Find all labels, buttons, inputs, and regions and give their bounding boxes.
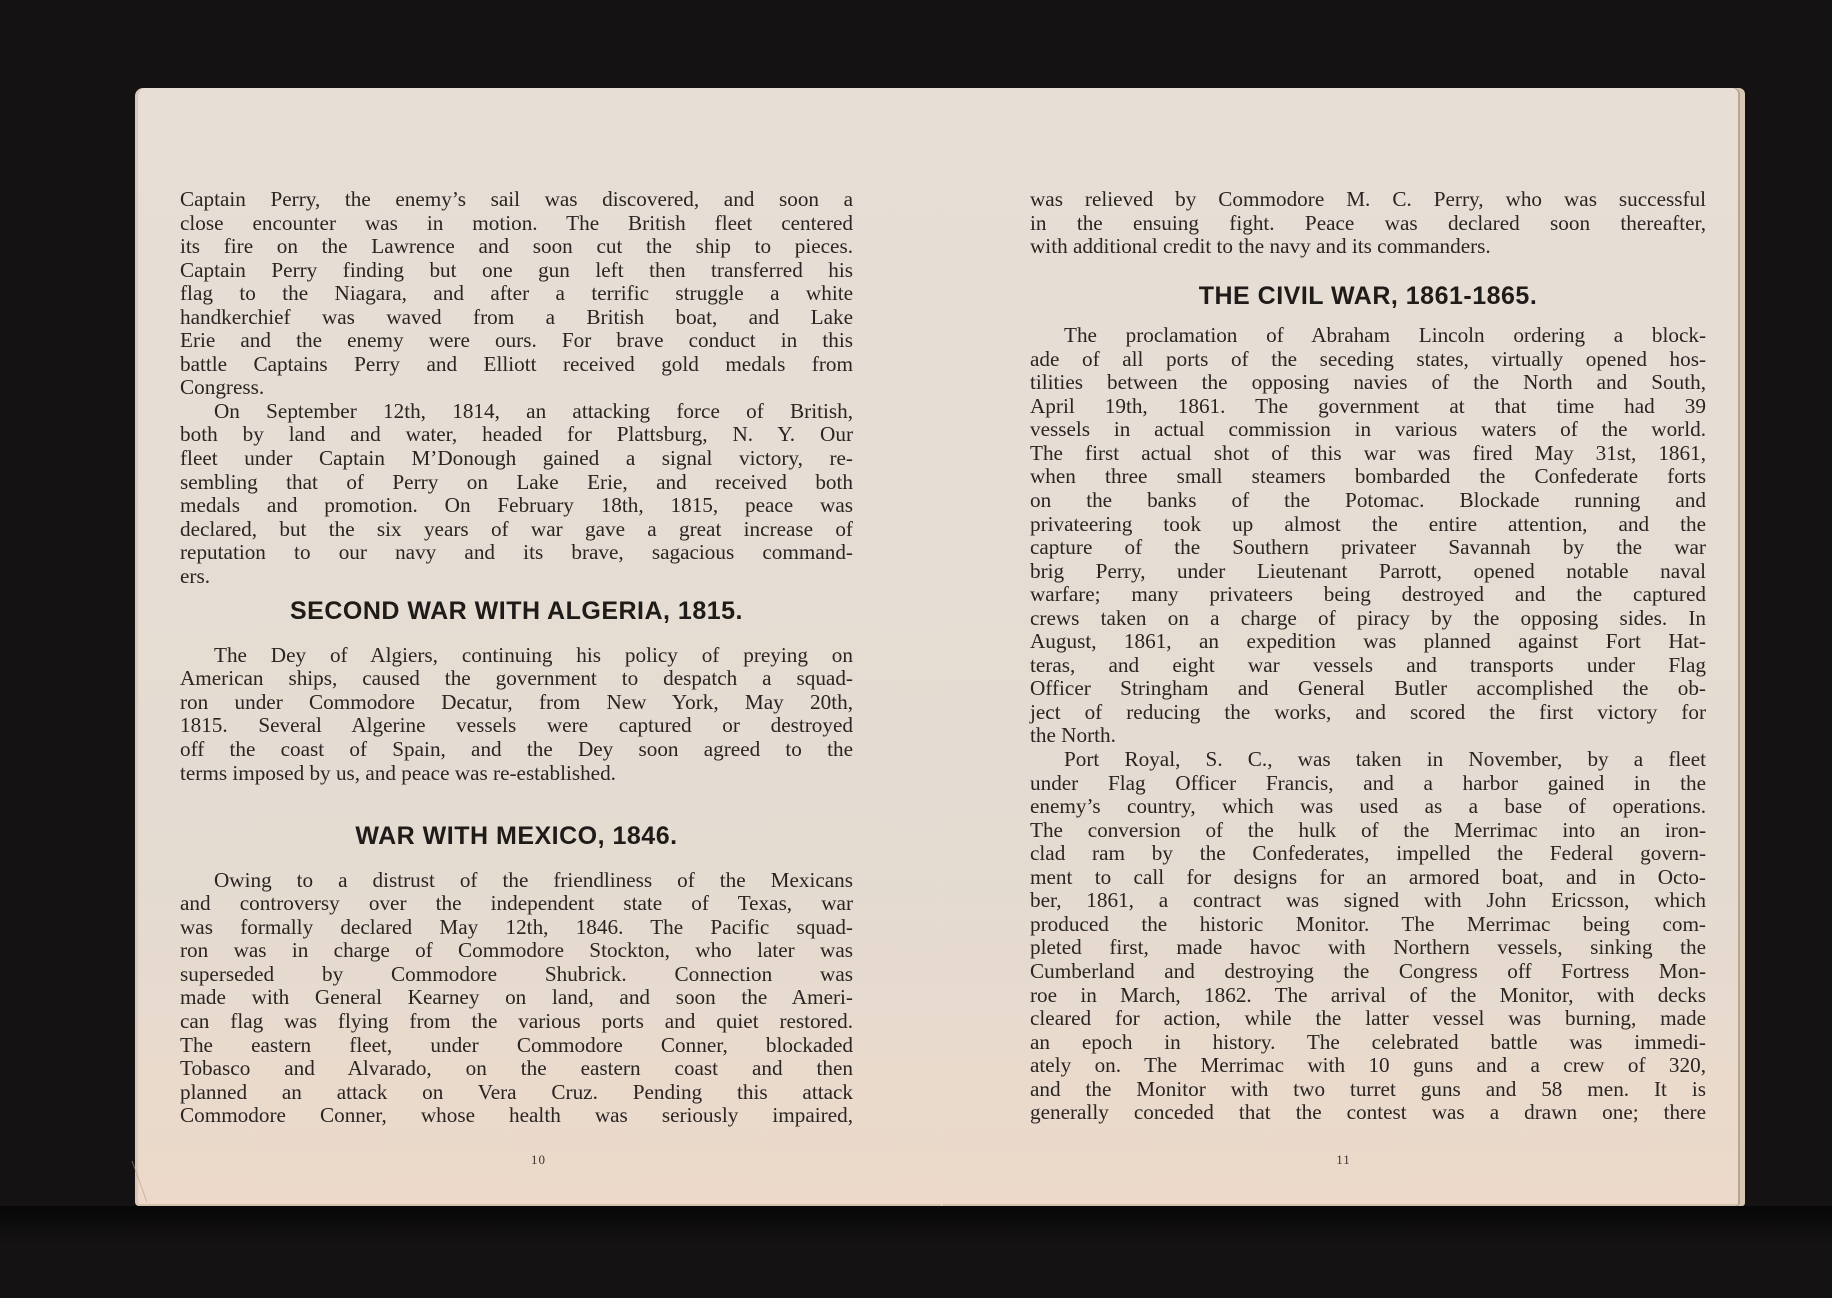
text-line: an epoch in history. The celebrated batt… xyxy=(1030,1031,1706,1055)
text-line: medals and promotion. On February 18th, … xyxy=(180,494,853,518)
text-line: On September 12th, 1814, an attacking fo… xyxy=(180,400,853,424)
text-line: Tobasco and Alvarado, on the eastern coa… xyxy=(180,1057,853,1081)
right-page: was relieved by Commodore M. C. Perry, w… xyxy=(942,88,1745,1206)
text-line: capture of the Southern privateer Savann… xyxy=(1030,536,1706,560)
left-text-column: Captain Perry, the enemy’s sail was disc… xyxy=(180,188,853,1128)
text-line: The first actual shot of this war was fi… xyxy=(1030,442,1706,466)
paragraph-mc-perry: was relieved by Commodore M. C. Perry, w… xyxy=(1030,188,1706,259)
text-line: battle Captains Perry and Elliott receiv… xyxy=(180,353,853,377)
paragraph-plattsburg: On September 12th, 1814, an attacking fo… xyxy=(180,400,853,588)
text-line: on the banks of the Potomac. Blockade ru… xyxy=(1030,489,1706,513)
text-line: American ships, caused the government to… xyxy=(180,667,853,691)
text-line: privateering took up almost the entire a… xyxy=(1030,513,1706,537)
text-line: its fire on the Lawrence and soon cut th… xyxy=(180,235,853,259)
text-line: Congress. xyxy=(180,376,853,400)
text-line: crews taken on a charge of piracy by the… xyxy=(1030,607,1706,631)
section-heading-algeria: SECOND WAR WITH ALGERIA, 1815. xyxy=(180,600,853,624)
text-line: was formally declared May 12th, 1846. Th… xyxy=(180,916,853,940)
text-line: was relieved by Commodore M. C. Perry, w… xyxy=(1030,188,1706,212)
text-line: The eastern fleet, under Commodore Conne… xyxy=(180,1034,853,1058)
text-line: August, 1861, an expedition was planned … xyxy=(1030,630,1706,654)
text-line: in the ensuing fight. Peace was declared… xyxy=(1030,212,1706,236)
text-line: The Dey of Algiers, continuing his polic… xyxy=(180,644,853,668)
page-number-left: 10 xyxy=(135,1152,942,1168)
book-spread: Captain Perry, the enemy’s sail was disc… xyxy=(135,88,1745,1206)
text-line: flag to the Niagara, and after a terrifi… xyxy=(180,282,853,306)
text-line: superseded by Commodore Shubrick. Connec… xyxy=(180,963,853,987)
page-number-right: 11 xyxy=(942,1152,1745,1168)
section-heading-civil-war: THE CIVIL WAR, 1861-1865. xyxy=(1030,285,1706,309)
bottom-shadow xyxy=(0,1206,1832,1246)
text-line: teras, and eight war vessels and transpo… xyxy=(1030,654,1706,678)
text-line: made with General Kearney on land, and s… xyxy=(180,986,853,1010)
text-line: 1815. Several Algerine vessels were capt… xyxy=(180,714,853,738)
text-line: sembling that of Perry on Lake Erie, and… xyxy=(180,471,853,495)
text-line: vessels in actual commission in various … xyxy=(1030,418,1706,442)
text-line: ber, 1861, a contract was signed with Jo… xyxy=(1030,889,1706,913)
text-line: ately on. The Merrimac with 10 guns and … xyxy=(1030,1054,1706,1078)
text-line: ers. xyxy=(180,565,853,589)
text-line: Owing to a distrust of the friendliness … xyxy=(180,869,853,893)
right-text-column: was relieved by Commodore M. C. Perry, w… xyxy=(1030,188,1706,1125)
text-line: ade of all ports of the seceding states,… xyxy=(1030,348,1706,372)
text-line: can flag was flying from the various por… xyxy=(180,1010,853,1034)
text-line: Officer Stringham and General Butler acc… xyxy=(1030,677,1706,701)
text-line: ron under Commodore Decatur, from New Yo… xyxy=(180,691,853,715)
text-line: pleted first, made havoc with Northern v… xyxy=(1030,936,1706,960)
text-line: Captain Perry, the enemy’s sail was disc… xyxy=(180,188,853,212)
text-line: enemy’s country, which was used as a bas… xyxy=(1030,795,1706,819)
text-line: handkerchief was waved from a British bo… xyxy=(180,306,853,330)
text-line: fleet under Captain M’Donough gained a s… xyxy=(180,447,853,471)
text-line: Erie and the enemy were ours. For brave … xyxy=(180,329,853,353)
paragraph-mexico: Owing to a distrust of the friendliness … xyxy=(180,869,853,1128)
text-line: April 19th, 1861. The government at that… xyxy=(1030,395,1706,419)
text-line: both by land and water, headed for Platt… xyxy=(180,423,853,447)
section-heading-mexico: WAR WITH MEXICO, 1846. xyxy=(180,825,853,849)
paragraph-perry-lake-erie: Captain Perry, the enemy’s sail was disc… xyxy=(180,188,853,400)
paragraph-port-royal-monitor: Port Royal, S. C., was taken in November… xyxy=(1030,748,1706,1125)
text-line: brig Perry, under Lieutenant Parrott, op… xyxy=(1030,560,1706,584)
text-line: when three small steamers bombarded the … xyxy=(1030,465,1706,489)
text-line: reputation to our navy and its brave, sa… xyxy=(180,541,853,565)
left-page: Captain Perry, the enemy’s sail was disc… xyxy=(135,88,942,1206)
text-line: and controversy over the independent sta… xyxy=(180,892,853,916)
text-line: terms imposed by us, and peace was re-es… xyxy=(180,762,853,786)
text-line: The conversion of the hulk of the Merrim… xyxy=(1030,819,1706,843)
text-line: Captain Perry finding but one gun left t… xyxy=(180,259,853,283)
paragraph-lincoln-blockade: The proclamation of Abraham Lincoln orde… xyxy=(1030,324,1706,748)
text-line: planned an attack on Vera Cruz. Pending … xyxy=(180,1081,853,1105)
paragraph-algeria: The Dey of Algiers, continuing his polic… xyxy=(180,644,853,785)
text-line: the North. xyxy=(1030,724,1706,748)
text-line: The proclamation of Abraham Lincoln orde… xyxy=(1030,324,1706,348)
text-line: clad ram by the Confederates, impelled t… xyxy=(1030,842,1706,866)
text-line: cleared for action, while the latter ves… xyxy=(1030,1007,1706,1031)
text-line: Port Royal, S. C., was taken in November… xyxy=(1030,748,1706,772)
text-line: tilities between the opposing navies of … xyxy=(1030,371,1706,395)
text-line: Commodore Conner, whose health was serio… xyxy=(180,1104,853,1128)
text-line: Cumberland and destroying the Congress o… xyxy=(1030,960,1706,984)
text-line: ment to call for designs for an armored … xyxy=(1030,866,1706,890)
text-line: close encounter was in motion. The Briti… xyxy=(180,212,853,236)
text-line: ject of reducing the works, and scored t… xyxy=(1030,701,1706,725)
text-line: warfare; many privateers being destroyed… xyxy=(1030,583,1706,607)
text-line: under Flag Officer Francis, and a harbor… xyxy=(1030,772,1706,796)
text-line: off the coast of Spain, and the Dey soon… xyxy=(180,738,853,762)
text-line: declared, but the six years of war gave … xyxy=(180,518,853,542)
text-line: roe in March, 1862. The arrival of the M… xyxy=(1030,984,1706,1008)
text-line: ron was in charge of Commodore Stockton,… xyxy=(180,939,853,963)
text-line: and the Monitor with two turret guns and… xyxy=(1030,1078,1706,1102)
text-line: with additional credit to the navy and i… xyxy=(1030,235,1706,259)
text-line: produced the historic Monitor. The Merri… xyxy=(1030,913,1706,937)
text-line: generally conceded that the contest was … xyxy=(1030,1101,1706,1125)
